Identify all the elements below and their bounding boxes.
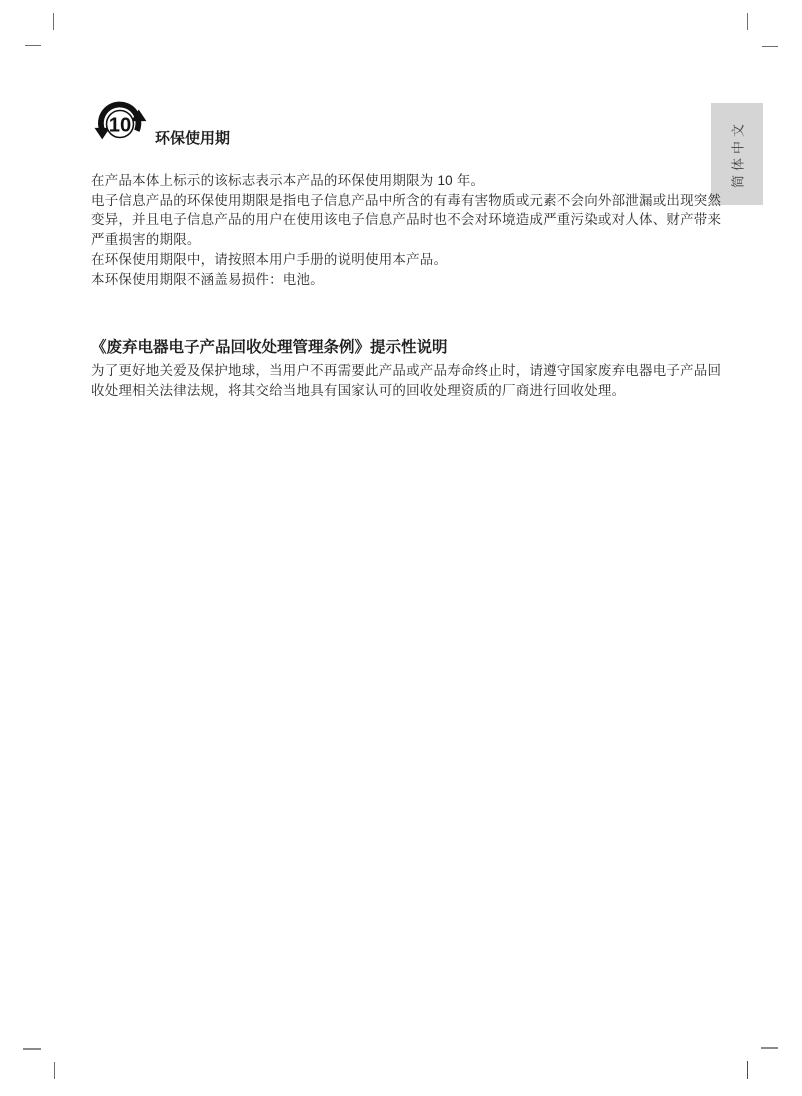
- crop-mark-bottom-right-horizontal: [761, 1047, 778, 1049]
- efup-line: 本环保使用期限不涵盖易损件：电池。: [91, 270, 731, 290]
- efup-line: 电子信息产品的环保使用期限是指电子信息产品中所含的有毒有害物质或元素不会向外部泄…: [91, 191, 731, 211]
- efup-line: 变异，并且电子信息产品的用户在使用该电子信息产品时也不会对环境造成严重污染或对人…: [91, 210, 731, 230]
- section-title-recycle: 《废弃电器电子产品回收处理管理条例》提示性说明: [91, 335, 448, 357]
- crop-mark-bottom-right-vertical: [747, 1061, 748, 1079]
- efup-header: 10 环保使用期: [91, 99, 230, 149]
- crop-mark-top-right-horizontal: [762, 46, 778, 47]
- manual-page: 简体中文 10 环保使用期 在产品本体上标示的该标志表示本产品的环保使用期限为 …: [0, 0, 802, 1096]
- efup-logo-number: 10: [109, 115, 131, 137]
- recycle-line: 为了更好地关爱及保护地球，当用户不再需要此产品或产品寿命终止时，请遵守国家废弃电…: [91, 361, 731, 381]
- recycle-paragraph: 为了更好地关爱及保护地球，当用户不再需要此产品或产品寿命终止时，请遵守国家废弃电…: [91, 361, 731, 400]
- china-rohs-efup-10-logo: 10: [91, 99, 149, 149]
- efup-line: 在环保使用期限中，请按照本用户手册的说明使用本产品。: [91, 250, 731, 270]
- crop-mark-top-left-vertical: [53, 13, 54, 30]
- crop-mark-top-right-vertical: [747, 13, 748, 30]
- recycle-line: 收处理相关法律法规，将其交给当地具有国家认可的回收处理资质的厂商进行回收处理。: [91, 381, 731, 401]
- efup-line: 严重损害的期限。: [91, 230, 731, 250]
- crop-mark-top-left-horizontal: [25, 45, 41, 46]
- efup-line: 在产品本体上标示的该标志表示本产品的环保使用期限为 10 年。: [91, 171, 731, 191]
- section-title-efup: 环保使用期: [155, 127, 230, 148]
- crop-mark-bottom-left-vertical: [54, 1062, 55, 1079]
- crop-mark-bottom-left-horizontal: [23, 1048, 41, 1050]
- efup-paragraph: 在产品本体上标示的该标志表示本产品的环保使用期限为 10 年。 电子信息产品的环…: [91, 171, 731, 289]
